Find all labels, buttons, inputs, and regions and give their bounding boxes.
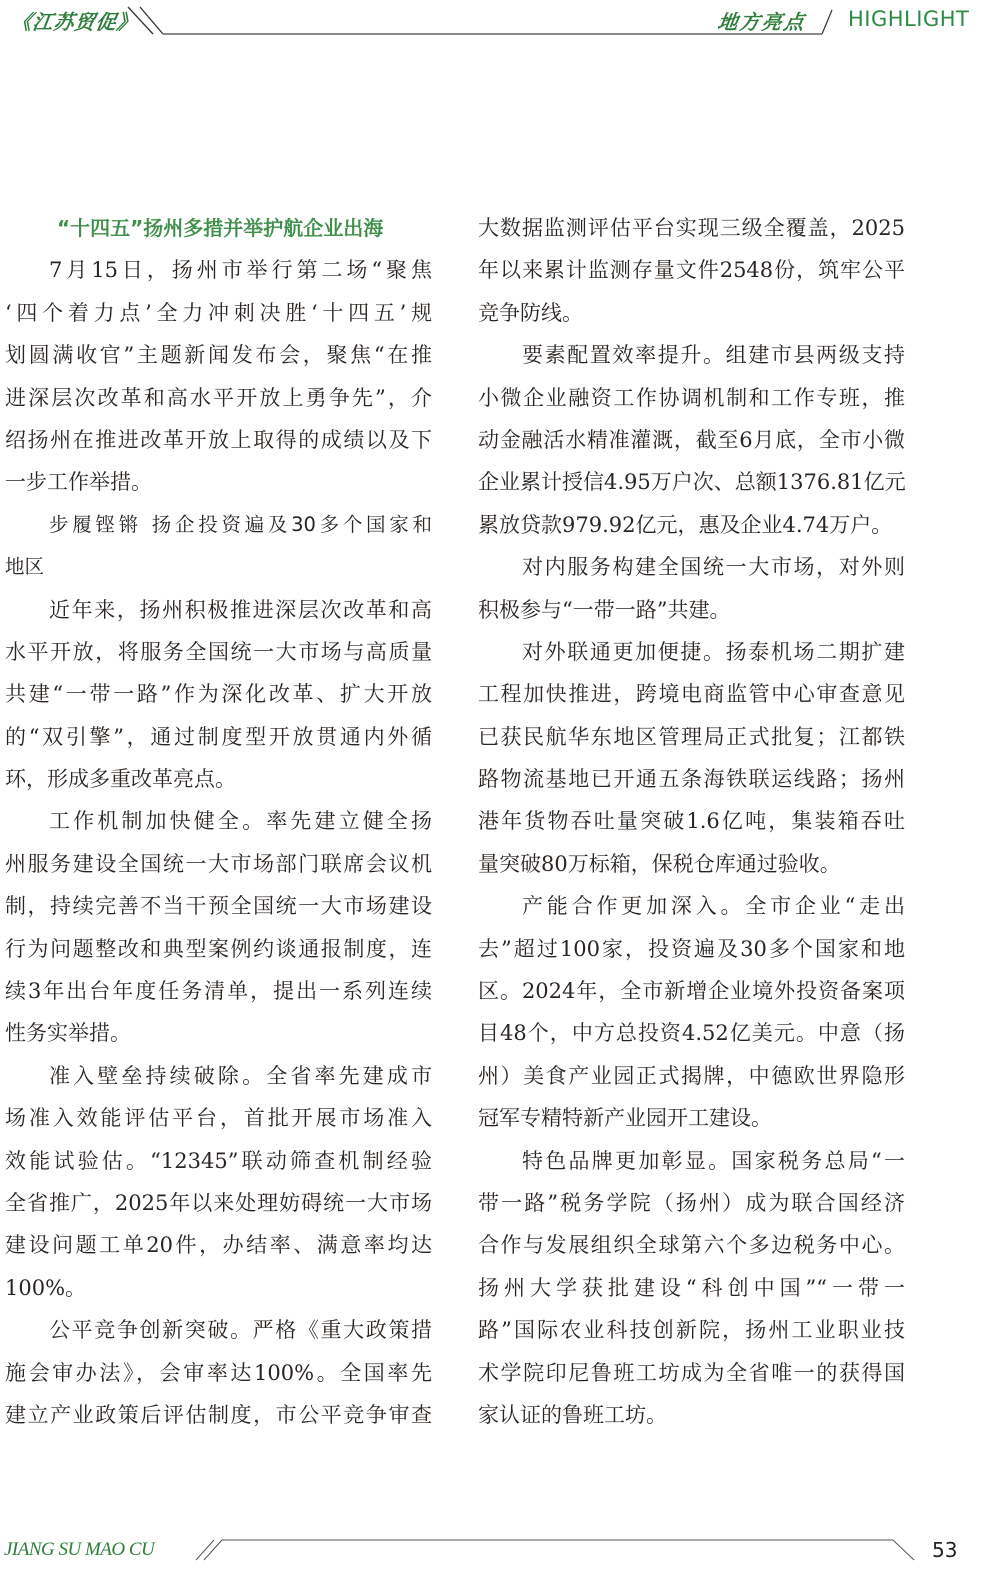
paragraph-line: 工程加快推进，跨境电商监管中心审查意见 bbox=[478, 673, 905, 715]
section-label-en: HIGHLIGHT bbox=[848, 7, 969, 31]
paragraph-line: 准入壁垒持续破除。全省率先建成市 bbox=[5, 1055, 432, 1097]
paragraph-line: 100%。 bbox=[5, 1267, 432, 1309]
paragraph-line: 近年来，扬州积极推进深层次改革和高 bbox=[5, 589, 432, 631]
paragraph-line: 路”国际农业科技创新院，扬州工业职业技 bbox=[478, 1309, 905, 1351]
paragraph-line: ‘四个着力点’全力冲刺决胜‘十四五’规 bbox=[5, 292, 432, 334]
paragraph-line: 大数据监测评估平台实现三级全覆盖，2025 bbox=[478, 207, 905, 249]
article-title: “十四五”扬州多措并举护航企业出海 bbox=[5, 207, 432, 249]
paragraph-line: 扬州大学获批建设“科创中国”“一带一 bbox=[478, 1267, 905, 1309]
paragraph-line: 区。2024年，全市新增企业境外投资备案项 bbox=[478, 970, 905, 1012]
paragraph-line: 家认证的鲁班工坊。 bbox=[478, 1394, 905, 1436]
paragraph-line: 去”超过100家，投资遍及30多个国家和地 bbox=[478, 928, 905, 970]
paragraph-line: 共建“一带一路”作为深化改革、扩大开放 bbox=[5, 673, 432, 715]
paragraph-line: 冠军专精特新产业园开工建设。 bbox=[478, 1097, 905, 1139]
section-subheading: 地区 bbox=[5, 546, 432, 588]
paragraph-line: 水平开放，将服务全国统一大市场与高质量 bbox=[5, 631, 432, 673]
paragraph-line: 全省推广，2025年以来处理妨碍统一大市场 bbox=[5, 1182, 432, 1224]
paragraph-line: 目48个，中方总投资4.52亿美元。中意（扬 bbox=[478, 1012, 905, 1054]
paragraph-line: 术学院印尼鲁班工坊成为全省唯一的获得国 bbox=[478, 1352, 905, 1394]
paragraph-line: 的“双引擎”，通过制度型开放贯通内外循 bbox=[5, 716, 432, 758]
paragraph-line: 动金融活水精准灌溉，截至6月底，全市小微 bbox=[478, 419, 905, 461]
magazine-name: 《江苏贸促》 bbox=[10, 6, 140, 35]
paragraph-line: 一步工作举措。 bbox=[5, 461, 432, 503]
paragraph-line: 累放贷款979.92亿元，惠及企业4.74万户。 bbox=[478, 504, 905, 546]
magazine-name-en: JIANG SU MAO CU bbox=[4, 1539, 154, 1561]
paragraph-line: 产能合作更加深入。全市企业“走出 bbox=[478, 885, 905, 927]
paragraph-line: 量突破80万标箱，保税仓库通过验收。 bbox=[478, 843, 905, 885]
paragraph-line: 要素配置效率提升。组建市县两级支持 bbox=[478, 334, 905, 376]
paragraph-line: 合作与发展组织全球第六个多边税务中心。 bbox=[478, 1224, 905, 1266]
paragraph-line: 环，形成多重改革亮点。 bbox=[5, 758, 432, 800]
paragraph-line: 绍扬州在推进改革开放上取得的成绩以及下 bbox=[5, 419, 432, 461]
paragraph-line: 对外联通更加便捷。扬泰机场二期扩建 bbox=[478, 631, 905, 673]
paragraph-line: 进深层次改革和高水平开放上勇争先”，介 bbox=[5, 377, 432, 419]
paragraph-line: 工作机制加快健全。率先建立健全扬 bbox=[5, 800, 432, 842]
paragraph-line: 积极参与“一带一路”共建。 bbox=[478, 589, 905, 631]
paragraph-line: 州）美食产业园正式揭牌，中德欧世界隐形 bbox=[478, 1055, 905, 1097]
page-number: 53 bbox=[932, 1538, 957, 1562]
paragraph-line: 港年货物吞吐量突破1.6亿吨，集装箱吞吐 bbox=[478, 800, 905, 842]
paragraph-line: 企业累计授信4.95万户次、总额1376.81亿元； bbox=[478, 461, 905, 503]
paragraph-line: 制，持续完善不当干预全国统一大市场建设 bbox=[5, 885, 432, 927]
paragraph-line: 公平竞争创新突破。严格《重大政策措 bbox=[5, 1309, 432, 1351]
paragraph-line: 7月15日，扬州市举行第二场“聚焦 bbox=[5, 249, 432, 291]
page-footer: JIANG SU MAO CU 53 bbox=[0, 1530, 1000, 1595]
paragraph-line: 效能试验估。“12345”联动筛查机制经验 bbox=[5, 1140, 432, 1182]
paragraph-line: 小微企业融资工作协调机制和工作专班，推 bbox=[478, 377, 905, 419]
section-subheading: 步履铿锵 扬企投资遍及30多个国家和 bbox=[5, 504, 432, 546]
paragraph-line: 竞争防线。 bbox=[478, 292, 905, 334]
paragraph-line: 州服务建设全国统一大市场部门联席会议机 bbox=[5, 843, 432, 885]
section-name: 地方亮点 bbox=[716, 6, 808, 35]
paragraph-line: 场准入效能评估平台，首批开展市场准入 bbox=[5, 1097, 432, 1139]
paragraph-line: 性务实举措。 bbox=[5, 1012, 432, 1054]
paragraph-line: 对内服务构建全国统一大市场，对外则 bbox=[478, 546, 905, 588]
paragraph-line: 施会审办法》，会审率达100%。全国率先 bbox=[5, 1352, 432, 1394]
paragraph-line: 路物流基地已开通五条海铁联运线路；扬州 bbox=[478, 758, 905, 800]
paragraph-line: 行为问题整改和典型案例约谈通报制度，连 bbox=[5, 928, 432, 970]
paragraph-line: 建立产业政策后评估制度，市公平竞争审查 bbox=[5, 1394, 432, 1436]
paragraph-line: 划圆满收官”主题新闻发布会，聚焦“在推 bbox=[5, 334, 432, 376]
paragraph-line: 带一路”税务学院（扬州）成为联合国经济 bbox=[478, 1182, 905, 1224]
paragraph-line: 建设问题工单20件，办结率、满意率均达 bbox=[5, 1224, 432, 1266]
paragraph-line: 续3年出台年度任务清单，提出一系列连续 bbox=[5, 970, 432, 1012]
article-column-right: 大数据监测评估平台实现三级全覆盖，2025 年以来累计监测存量文件2548份，筑… bbox=[478, 207, 905, 1436]
article-column-left: “十四五”扬州多措并举护航企业出海 7月15日，扬州市举行第二场“聚焦 ‘四个着… bbox=[5, 207, 432, 1436]
page-header: 《江苏贸促》 地方亮点 HIGHLIGHT bbox=[0, 0, 1000, 45]
paragraph-line: 特色品牌更加彰显。国家税务总局“一 bbox=[478, 1140, 905, 1182]
paragraph-line: 已获民航华东地区管理局正式批复；江都铁 bbox=[478, 716, 905, 758]
paragraph-line: 年以来累计监测存量文件2548份，筑牢公平 bbox=[478, 249, 905, 291]
